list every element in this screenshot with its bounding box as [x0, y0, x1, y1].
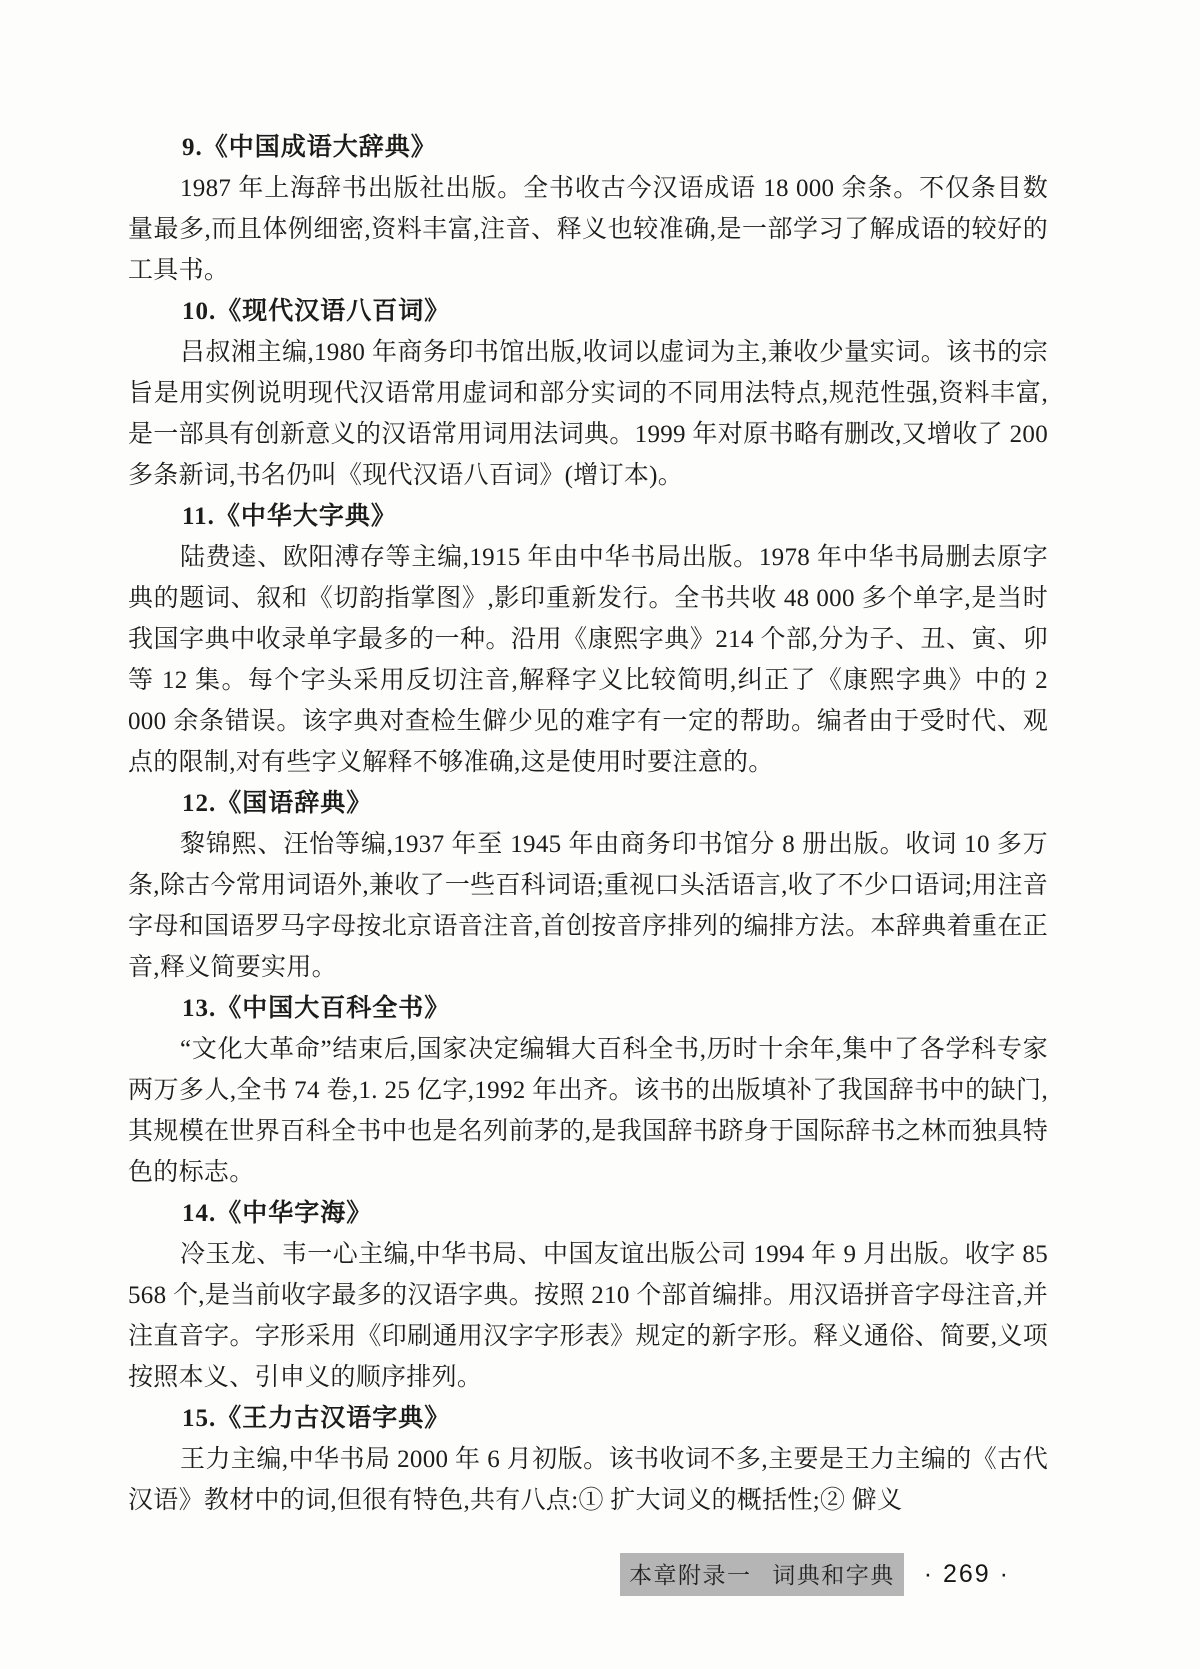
entry-title: 《中国成语大辞典》: [203, 133, 437, 161]
entry-heading-15: 15.《王力古汉语字典》: [128, 1398, 1048, 1439]
page-footer: 本章附录一词典和字典 · 269 ·: [620, 1553, 1010, 1596]
entry-title: 《王力古汉语字典》: [216, 1404, 450, 1432]
entry-heading-9: 9.《中国成语大辞典》: [128, 127, 1048, 168]
entry-number: 15.: [182, 1405, 216, 1432]
entry-number: 12.: [182, 790, 216, 817]
scanned-book-page: 9.《中国成语大辞典》 1987 年上海辞书出版社出版。全书收古今汉语成语 18…: [0, 0, 1200, 1669]
entry-heading-10: 10.《现代汉语八百词》: [128, 291, 1048, 332]
entry-heading-11: 11.《中华大字典》: [128, 496, 1048, 537]
footer-section-label: 本章附录一: [629, 1563, 752, 1588]
footer-section-title: 词典和字典: [772, 1563, 895, 1588]
dictionary-entries-list: 9.《中国成语大辞典》 1987 年上海辞书出版社出版。全书收古今汉语成语 18…: [128, 127, 1048, 1521]
entry-paragraph-13: “文化大革命”结束后,国家决定编辑大百科全书,历时十余年,集中了各学科专家两万多…: [128, 1029, 1048, 1193]
footer-running-title: 本章附录一词典和字典: [620, 1553, 904, 1596]
entry-paragraph-15: 王力主编,中华书局 2000 年 6 月初版。该书收词不多,主要是王力主编的《古…: [128, 1439, 1048, 1521]
entry-number: 14.: [182, 1200, 216, 1227]
entry-title: 《国语辞典》: [216, 789, 372, 817]
entry-number: 10.: [182, 298, 216, 325]
entry-heading-14: 14.《中华字海》: [128, 1193, 1048, 1234]
entry-paragraph-9: 1987 年上海辞书出版社出版。全书收古今汉语成语 18 000 余条。不仅条目…: [128, 168, 1048, 291]
entry-title: 《中华大字典》: [215, 502, 397, 530]
entry-heading-13: 13.《中国大百科全书》: [128, 988, 1048, 1029]
entry-heading-12: 12.《国语辞典》: [128, 783, 1048, 824]
entry-paragraph-10: 吕叔湘主编,1980 年商务印书馆出版,收词以虚词为主,兼收少量实词。该书的宗旨…: [128, 332, 1048, 496]
entry-number: 13.: [182, 995, 216, 1022]
entry-title: 《中国大百科全书》: [216, 994, 450, 1022]
entry-number: 9.: [182, 134, 203, 161]
entry-number: 11.: [182, 503, 215, 530]
entry-paragraph-11: 陆费逵、欧阳溥存等主编,1915 年由中华书局出版。1978 年中华书局删去原字…: [128, 537, 1048, 783]
entry-paragraph-14: 冷玉龙、韦一心主编,中华书局、中国友谊出版公司 1994 年 9 月出版。收字 …: [128, 1234, 1048, 1398]
entry-title: 《中华字海》: [216, 1199, 372, 1227]
entry-title: 《现代汉语八百词》: [216, 297, 450, 325]
page-number: · 269 ·: [924, 1560, 1010, 1589]
entry-paragraph-12: 黎锦熙、汪怡等编,1937 年至 1945 年由商务印书馆分 8 册出版。收词 …: [128, 824, 1048, 988]
